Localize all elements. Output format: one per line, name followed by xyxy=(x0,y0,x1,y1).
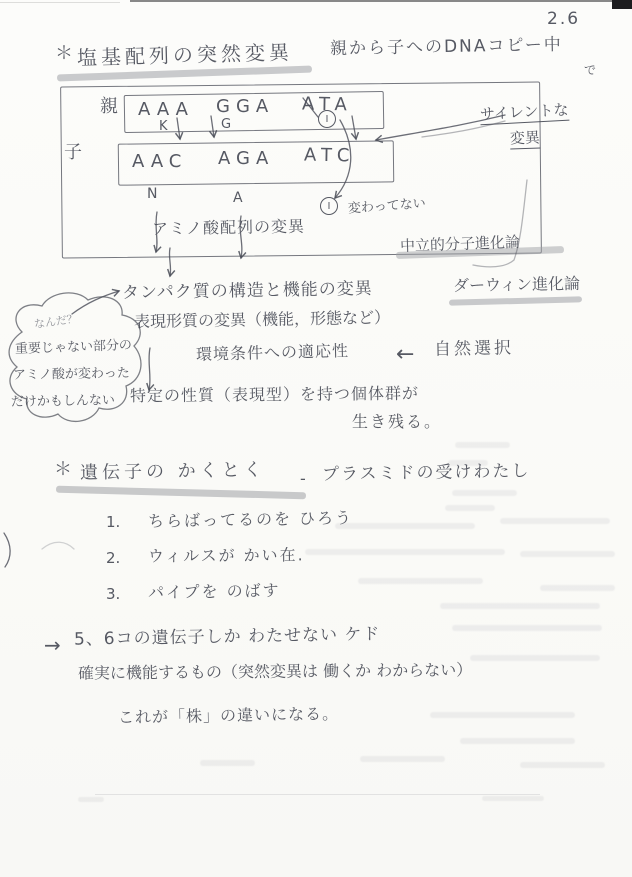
flow-survive-line2: 生き残る。 xyxy=(352,413,442,431)
section2-dash: - xyxy=(300,470,306,488)
stray-mark-left-margin xyxy=(4,533,10,567)
bleedthrough-mark xyxy=(200,760,255,766)
bleedthrough-mark xyxy=(448,460,488,466)
bleedthrough-mark xyxy=(540,585,615,591)
section2-subtitle: プラスミドの受けわたし xyxy=(322,462,531,485)
child-amino-acid-3-circled: I xyxy=(320,197,338,215)
list-item-3-text: パイプを のばす xyxy=(148,582,281,603)
section1-title: 塩基配列の突然変異 xyxy=(77,41,294,70)
bleedthrough-mark xyxy=(520,551,615,557)
parent-amino-acid-1: K xyxy=(159,120,168,135)
bleedthrough-mark xyxy=(440,603,600,609)
dna-copy-side-note-suffix: で xyxy=(584,64,596,78)
darwin-theory-marker-underline xyxy=(449,296,582,305)
bleedthrough-mark xyxy=(358,578,483,584)
bleedthrough-mark xyxy=(305,549,505,555)
bleedthrough-mark xyxy=(335,523,475,529)
conclusion-note2: 確実に機能するもの（突然変異は 働くか わからない） xyxy=(78,661,472,683)
list-item-2-number: 2. xyxy=(106,550,120,567)
bleedthrough-mark xyxy=(482,796,544,801)
flow-amino-change: アミノ酸配列の変異 xyxy=(152,218,305,239)
bubble-line1: 重要じゃない部分の xyxy=(15,339,132,358)
list-item-1-number: 1. xyxy=(106,514,120,531)
parent-codon-2: GGA xyxy=(216,97,274,118)
bleedthrough-mark xyxy=(460,738,575,744)
bleedthrough-footer-line xyxy=(95,794,540,795)
section2-title-marker-underline xyxy=(56,486,306,500)
parent-codon-1: AAA xyxy=(138,100,194,121)
child-codon-2: AGA xyxy=(218,149,274,170)
conclusion-note1: 5、6コの遺伝子しか わたせない ケド xyxy=(74,625,381,650)
bleedthrough-mark xyxy=(452,490,517,496)
bleedthrough-mark xyxy=(455,442,510,448)
scanned-notebook-page: 2.6 ＊ 塩基配列の突然変異 親から子へのDNAコピー中 で 親 子 AAA … xyxy=(0,0,632,877)
bleedthrough-mark xyxy=(78,797,104,802)
silent-mutation-label-line1: サイレントな xyxy=(480,102,569,126)
arrow-bubble-to-protein xyxy=(72,291,119,314)
bleedthrough-mark xyxy=(430,712,575,718)
bleedthrough-mark xyxy=(470,655,600,661)
bubble-line2: アミノ酸が変わった xyxy=(13,367,130,384)
flow-survive-line1: 特定の性質（表現型）を持つ個体群が xyxy=(130,385,419,406)
left-arrow-icon: ← xyxy=(396,342,414,367)
bleedthrough-mark xyxy=(360,756,445,762)
natural-selection: 自然選択 xyxy=(434,339,514,360)
conclusion-arrow-icon: → xyxy=(44,634,61,657)
flow-phenotype-change: 表現形質の変異（機能，形態など） xyxy=(134,309,390,332)
scan-artifact-corner xyxy=(612,0,632,9)
parent-amino-acid-2: G xyxy=(221,118,231,133)
stray-mark-faint-arc xyxy=(42,542,74,549)
section2-star-icon: ＊ xyxy=(54,460,72,481)
conclusion-note3: これが「株」の違いになる。 xyxy=(118,705,339,727)
bubble-line3: だけかもしんない xyxy=(11,394,115,411)
bleedthrough-mark xyxy=(500,518,610,524)
section2-title: 遺伝子の かくとく xyxy=(80,460,266,484)
section1-star-icon: ＊ xyxy=(55,44,73,65)
child-codon-1: AAC xyxy=(132,152,187,173)
scan-artifact-faint-line xyxy=(0,2,120,3)
arrow-phenotype-down xyxy=(149,348,150,390)
child-row-label: 子 xyxy=(64,143,82,164)
scan-artifact-top-line xyxy=(130,0,632,2)
darwin-evolution-theory: ダーウィン進化論 xyxy=(453,275,580,296)
child-amino-acid-2: A xyxy=(233,190,243,206)
bleedthrough-mark xyxy=(445,505,495,511)
parent-amino-acid-3-circled: I xyxy=(318,110,336,128)
silent-mutation-label-line2: 変異 xyxy=(510,129,541,149)
flow-adaptation: 環境条件への適応性 xyxy=(196,342,349,364)
list-item-1-text: ちらばってるのを ひろう xyxy=(148,509,353,531)
list-item-3-number: 3. xyxy=(106,586,120,603)
flow-protein-change: タンパク質の構造と機能の変異 xyxy=(122,280,373,304)
child-codon-3: ATC xyxy=(304,146,356,168)
bubble-exclaim: なんだ？ xyxy=(33,313,78,332)
bleedthrough-mark xyxy=(452,625,602,631)
child-amino-acid-1: N xyxy=(147,186,157,202)
list-item-2-text: ウィルスが かい在. xyxy=(148,546,305,566)
bleedthrough-mark xyxy=(520,762,605,768)
page-number: 2.6 xyxy=(547,10,580,30)
parent-row-label: 親 xyxy=(100,97,118,118)
dna-copy-side-note: 親から子へのDNAコピー中 xyxy=(330,36,563,60)
